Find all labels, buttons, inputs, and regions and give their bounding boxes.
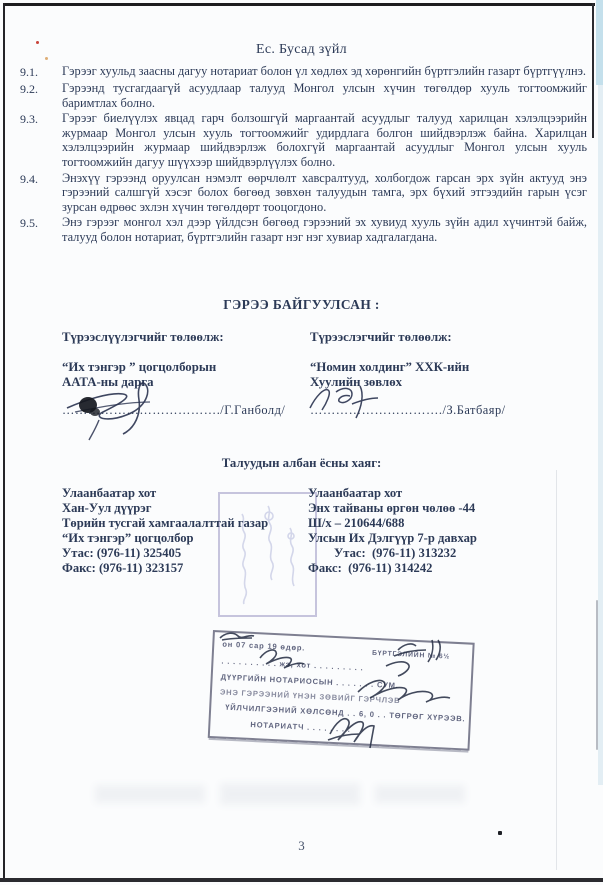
address-line: Хан-Уул дүүрэг bbox=[62, 501, 312, 516]
clause-number: 9.5. bbox=[20, 215, 62, 244]
lessee-org-line1: “Номин холдинг” ХХК-ийн bbox=[310, 360, 560, 375]
clause-number: 9.2. bbox=[20, 81, 62, 110]
address-phone: Утас: (976-11) 325405 bbox=[62, 546, 312, 561]
address-fax: Факс: (976-11) 314242 bbox=[308, 561, 578, 576]
address-line: “Их тэнгэр” цогцолбор bbox=[62, 531, 312, 546]
lessor-handwritten-signature bbox=[55, 372, 185, 442]
section-title: Ес. Бусад зүйл bbox=[0, 42, 603, 58]
ink-speck-black bbox=[498, 831, 502, 835]
clause-text: Гэрээг биелүүлэх явцад гарч болзошгүй ма… bbox=[62, 111, 587, 169]
clause-text: Гэрээг хуульд заасны дагуу нотариат боло… bbox=[62, 64, 587, 80]
clause-text: Гэрээнд тусгагдаагүй асуудлаар талууд Мо… bbox=[62, 81, 587, 110]
clause-text: Энэ гэрээг монгол хэл дээр үйлдсэн бөгөө… bbox=[62, 215, 587, 244]
address-phone: Утас: (976-11) 313232 bbox=[308, 546, 578, 561]
clause-list: 9.1. Гэрээг хуульд заасны дагуу нотариат… bbox=[20, 64, 587, 246]
clause-row: 9.2. Гэрээнд тусгагдаагүй асуудлаар талу… bbox=[20, 81, 587, 110]
page-number: 3 bbox=[0, 838, 603, 854]
address-line: Улаанбаатар хот bbox=[62, 486, 312, 501]
clause-text: Энэхүү гэрээнд оруулсан нэмэлт өөрчлөлт … bbox=[62, 171, 587, 215]
notary-handwriting-overlay bbox=[208, 622, 488, 757]
lessee-role-label: Түрээслэгчийг төлөөлж: bbox=[310, 330, 560, 345]
lessor-role-label: Түрээслүүлэгчийг төлөөлж: bbox=[62, 330, 297, 345]
paper-edge-shadow bbox=[596, 600, 598, 750]
scanner-bed-edge-lower bbox=[598, 85, 603, 785]
lessee-handwritten-signature bbox=[302, 378, 402, 424]
clause-row: 9.3. Гэрээг биелүүлэх явцад гарч болзошг… bbox=[20, 111, 587, 169]
addresses-heading: Талуудын албан ёсны хаяг: bbox=[0, 456, 603, 471]
clause-row: 9.5. Энэ гэрээг монгол хэл дээр үйлдсэн … bbox=[20, 215, 587, 244]
scan-border-left bbox=[3, 3, 5, 882]
clause-number: 9.1. bbox=[20, 64, 62, 80]
lessee-address-block: Улаанбаатар хот Энх тайваны өргөн чөлөө … bbox=[308, 486, 578, 575]
address-line: Төрийн тусгай хамгаалалттай газар bbox=[62, 516, 312, 531]
clause-row: 9.1. Гэрээг хуульд заасны дагуу нотариат… bbox=[20, 64, 587, 80]
scan-border-bottom bbox=[0, 878, 603, 882]
signing-heading: ГЭРЭЭ БАЙГУУЛСАН : bbox=[0, 297, 603, 313]
lessor-address-block: Улаанбаатар хот Хан-Уул дүүрэг Төрийн ту… bbox=[62, 486, 312, 575]
scan-border-top bbox=[3, 3, 595, 6]
address-line: Ш/х – 210644/688 bbox=[308, 516, 578, 531]
clause-row: 9.4. Энэхүү гэрээнд оруулсан нэмэлт өөрч… bbox=[20, 171, 587, 215]
clause-number: 9.4. bbox=[20, 171, 62, 215]
bleedthrough-ghost-text bbox=[95, 779, 470, 813]
scanned-contract-page: Ес. Бусад зүйл 9.1. Гэрээг хуульд заасны… bbox=[0, 0, 603, 885]
address-line: Улаанбаатар хот bbox=[308, 486, 578, 501]
address-line: Улсын Их Дэлгүүр 7-р давхар bbox=[308, 531, 578, 546]
address-line: Энх тайваны өргөн чөлөө -44 bbox=[308, 501, 578, 516]
clause-number: 9.3. bbox=[20, 111, 62, 169]
address-fax: Факс: (976-11) 323157 bbox=[62, 561, 312, 576]
scan-border-right bbox=[592, 3, 594, 138]
